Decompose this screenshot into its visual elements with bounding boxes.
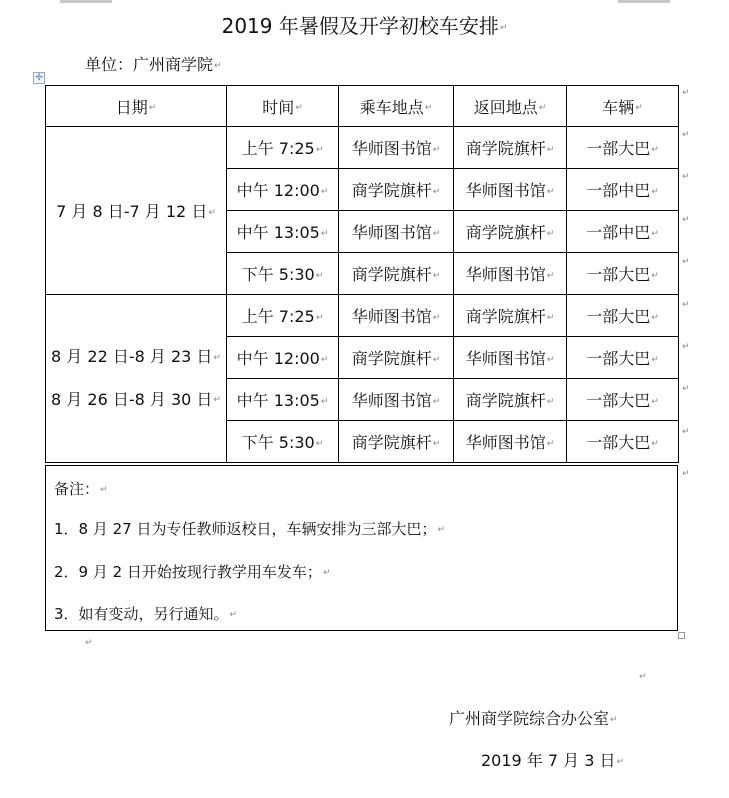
vehicle-cell: 一部大巴↵ [567, 421, 679, 463]
notes-box: 备注：↵ 1．8 月 27 日为专任教师返校日，车辆安排为三部大巴；↵ 2．9 … [45, 465, 678, 631]
signature-office: 广州商学院综合办公室↵ [449, 706, 618, 729]
time-cell: 中午 12:00↵ [227, 337, 339, 379]
boarding-cell: 华师图书馆↵ [339, 295, 454, 337]
return-cell: 华师图书馆↵ [454, 337, 567, 379]
boarding-cell: 商学院旗杆↵ [339, 253, 454, 295]
header-return-location: 返回地点↵ [454, 86, 567, 127]
vehicle-cell: 一部大巴↵ [567, 379, 679, 421]
time-cell: 中午 13:05↵ [227, 211, 339, 253]
paragraph-mark-icon: ↵ [639, 672, 647, 682]
note-item: 2．9 月 2 日开始按现行教学用车发车；↵ [54, 561, 330, 582]
title-text: 2019 年暑假及开学初校车安排 [222, 14, 499, 38]
page-corner-mark-left [60, 0, 112, 3]
header-time: 时间↵ [227, 86, 339, 127]
unit-text: 单位：广州商学院 [85, 55, 213, 74]
header-boarding-location: 乘车地点↵ [339, 86, 454, 127]
boarding-cell: 商学院旗杆↵ [339, 169, 454, 211]
signature-date: 2019 年 7 月 3 日↵ [481, 748, 624, 771]
time-cell: 中午 13:05↵ [227, 379, 339, 421]
table-row: 7 月 8 日-7 月 12 日↵ 上午 7:25↵ 华师图书馆↵ 商学院旗杆↵… [46, 127, 679, 169]
time-cell: 上午 7:25↵ [227, 295, 339, 337]
header-vehicle: 车辆↵ [567, 86, 679, 127]
paragraph-mark-icon: ↵ [500, 23, 508, 33]
vehicle-cell: 一部中巴↵ [567, 211, 679, 253]
vehicle-cell: 一部大巴↵ [567, 337, 679, 379]
row-end-mark-icon: ↵ [682, 257, 690, 267]
vehicle-cell: 一部大巴↵ [567, 253, 679, 295]
vehicle-cell: 一部大巴↵ [567, 127, 679, 169]
table-row: 8 月 22 日-8 月 23 日↵ 8 月 26 日-8 月 30 日↵ 上午… [46, 295, 679, 337]
row-end-mark-icon: ↵ [682, 427, 690, 437]
time-cell: 上午 7:25↵ [227, 127, 339, 169]
header-date: 日期↵ [46, 86, 227, 127]
boarding-cell: 商学院旗杆↵ [339, 421, 454, 463]
boarding-cell: 华师图书馆↵ [339, 211, 454, 253]
notes-heading: 备注：↵ [54, 478, 108, 499]
paragraph-mark-icon: ↵ [214, 61, 222, 71]
document-title: 2019 年暑假及开学初校车安排↵ [0, 10, 729, 39]
boarding-cell: 华师图书馆↵ [339, 127, 454, 169]
row-end-mark-icon: ↵ [682, 469, 690, 479]
boarding-cell: 华师图书馆↵ [339, 379, 454, 421]
date-cell: 8 月 22 日-8 月 23 日↵ 8 月 26 日-8 月 30 日↵ [46, 295, 227, 463]
paragraph-mark-icon: ↵ [85, 638, 93, 648]
row-end-mark-icon: ↵ [682, 342, 690, 352]
time-cell: 下午 5:30↵ [227, 253, 339, 295]
row-end-mark-icon: ↵ [682, 172, 690, 182]
return-cell: 商学院旗杆↵ [454, 211, 567, 253]
return-cell: 商学院旗杆↵ [454, 379, 567, 421]
row-end-mark-icon: ↵ [682, 215, 690, 225]
vehicle-cell: 一部中巴↵ [567, 169, 679, 211]
page-corner-mark-right [618, 0, 670, 3]
note-item: 1．8 月 27 日为专任教师返校日，车辆安排为三部大巴；↵ [54, 518, 445, 539]
row-end-mark-icon: ↵ [682, 384, 690, 394]
unit-line: 单位：广州商学院↵ [85, 52, 222, 75]
time-cell: 中午 12:00↵ [227, 169, 339, 211]
time-cell: 下午 5:30↵ [227, 421, 339, 463]
return-cell: 商学院旗杆↵ [454, 295, 567, 337]
row-end-mark-icon: ↵ [682, 88, 690, 98]
return-cell: 华师图书馆↵ [454, 421, 567, 463]
return-cell: 华师图书馆↵ [454, 169, 567, 211]
return-cell: 华师图书馆↵ [454, 253, 567, 295]
table-header-row: 日期↵ 时间↵ 乘车地点↵ 返回地点↵ 车辆↵ [46, 86, 679, 127]
date-cell: 7 月 8 日-7 月 12 日↵ [46, 127, 227, 295]
table-resize-handle[interactable] [678, 632, 685, 639]
row-end-mark-icon: ↵ [682, 300, 690, 310]
row-end-mark-icon: ↵ [682, 130, 690, 140]
note-item: 3．如有变动，另行通知。↵ [54, 603, 237, 624]
return-cell: 商学院旗杆↵ [454, 127, 567, 169]
boarding-cell: 商学院旗杆↵ [339, 337, 454, 379]
vehicle-cell: 一部大巴↵ [567, 295, 679, 337]
schedule-table: 日期↵ 时间↵ 乘车地点↵ 返回地点↵ 车辆↵ 7 月 8 日-7 月 12 日… [45, 85, 679, 463]
table-move-handle-icon[interactable]: ✢ [33, 72, 45, 84]
